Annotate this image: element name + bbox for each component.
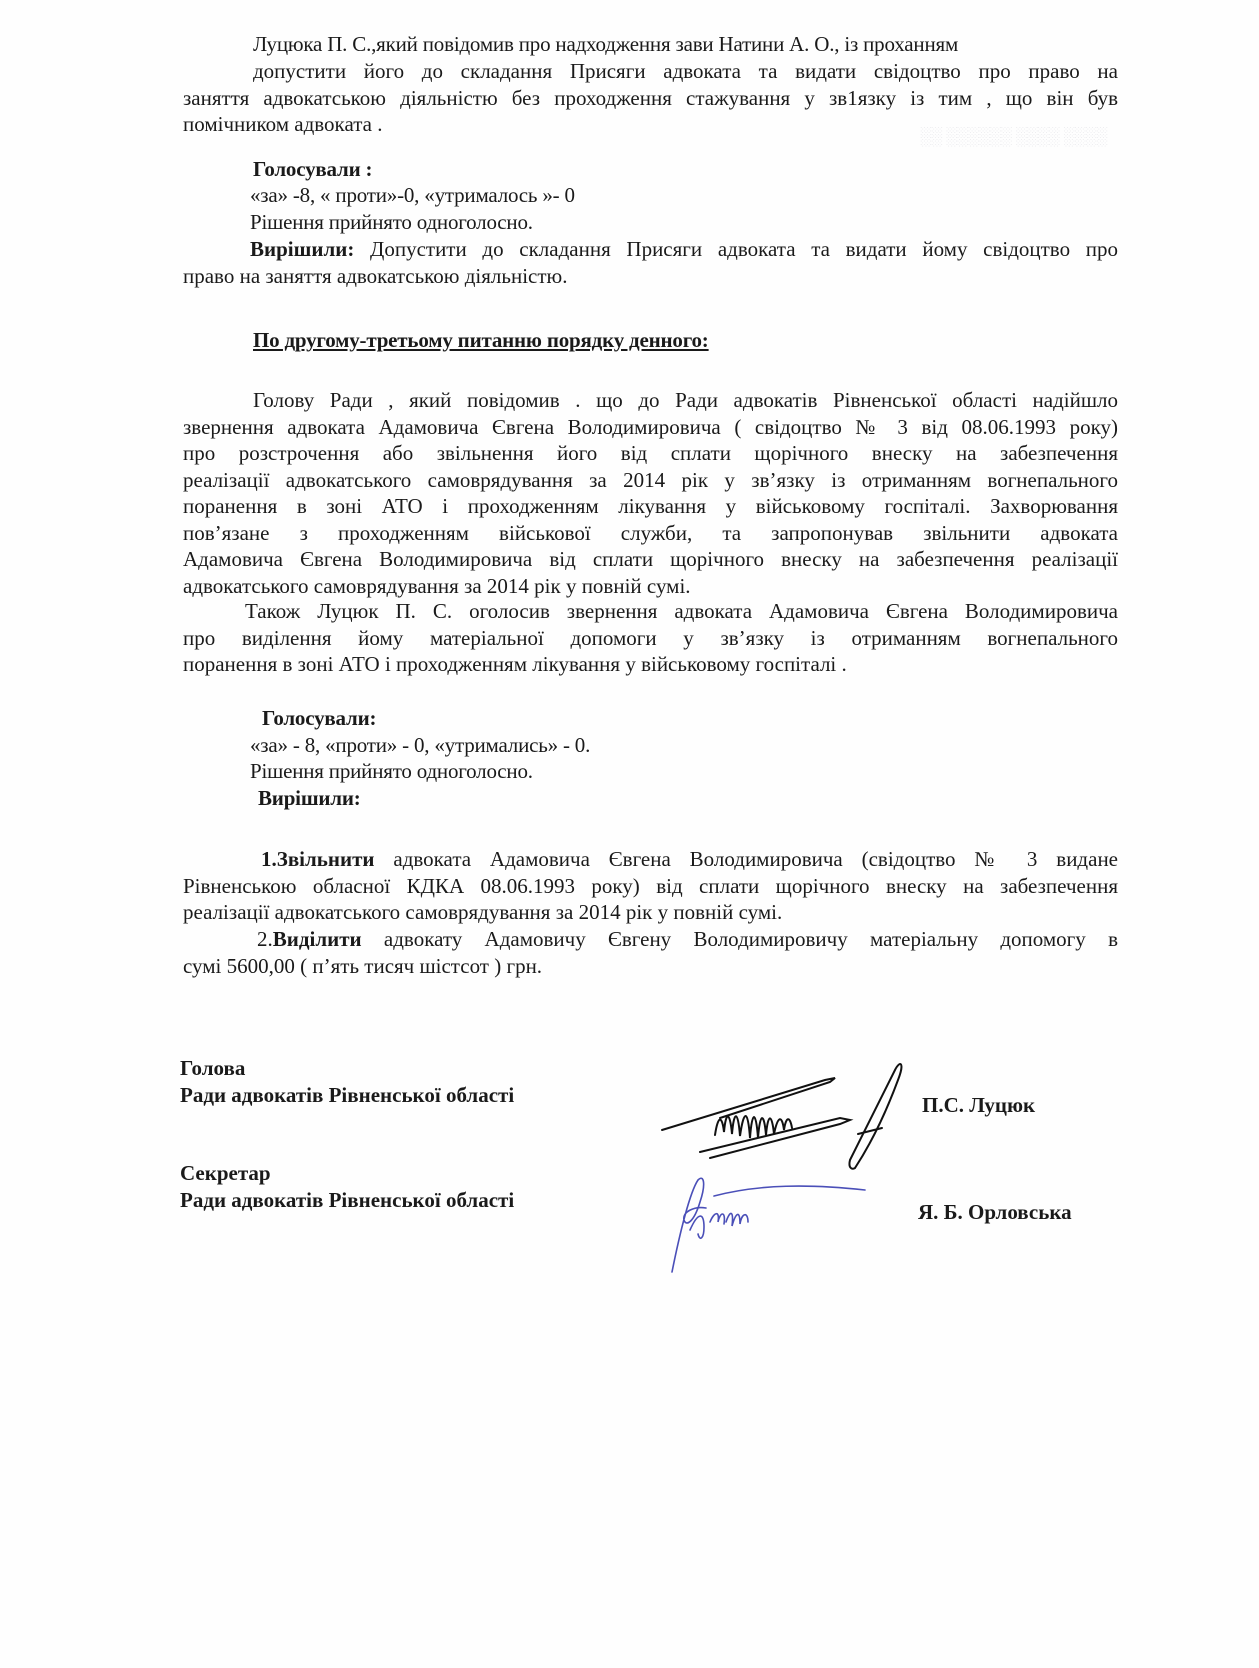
decision-1-line: реалізації адвокатського самоврядування … — [183, 899, 1118, 926]
signature-1-name: П.С. Луцюк — [922, 1093, 1035, 1118]
section2-p1-line: Адамовича Євгена Володимировича від спла… — [183, 546, 1118, 573]
section2-paragraph-1: Голову Ради , який повідомив . що до Рад… — [183, 387, 1118, 599]
decision-1-line: Рівненською обласної КДКА 08.06.1993 рок… — [183, 873, 1118, 900]
opening-line-2: допустити його до складання Присяги адво… — [183, 58, 1118, 85]
vote2-decided-label: Вирішили: — [258, 785, 361, 812]
decision-item-2: 2.Виділити адвокату Адамовичу Євгену Вол… — [183, 926, 1118, 979]
vote2-counts: «за» - 8, «проти» - 0, «утримались» - 0. — [250, 732, 590, 759]
vote1-decided-label: Вирішили: — [250, 237, 354, 261]
handwritten-signature-icon — [660, 1060, 930, 1170]
section2-paragraph-2: Також Луцюк П. С. оголосив звернення адв… — [183, 598, 1118, 678]
signature-1-role-line-1: Голова — [180, 1055, 245, 1081]
opening-line-4: помічником адвоката . — [183, 111, 1118, 138]
section2-p1-line: адвокатського самоврядування за 2014 рік… — [183, 573, 1118, 600]
section2-p2-line: Також Луцюк П. С. оголосив звернення адв… — [183, 598, 1118, 625]
document-page: ░░ ░░░░░░ ░░░░ ░░░░ Луцюка П. С.,який по… — [0, 0, 1259, 1668]
section2-p1-line: Голову Ради , який повідомив . що до Рад… — [183, 387, 1118, 414]
section2-p1-line: пов’язане з проходженням військової служ… — [183, 520, 1118, 547]
vote2-heading: Голосували: — [262, 705, 376, 732]
section2-p1-line: поранення в зоні АТО і проходженням ліку… — [183, 493, 1118, 520]
decision-item-1: 1.Звільнити адвоката Адамовича Євгена Во… — [183, 846, 1118, 926]
vote1-decision-line-1: Вирішили: Допустити до складання Присяги… — [183, 236, 1118, 263]
section2-p1-line: про розстрочення або звільнення його від… — [183, 440, 1118, 467]
section2-p2-line: про виділення йому матеріальної допомоги… — [183, 625, 1118, 652]
signature-2-role-line-1: Секретар — [180, 1160, 271, 1186]
vote1-heading: Голосували : — [253, 156, 372, 183]
section2-p2-line: поранення в зоні АТО і проходженням ліку… — [183, 651, 1118, 678]
decision-2-label: Виділити — [273, 927, 362, 951]
section2-heading: По другому-третьому питанню порядку денн… — [253, 327, 709, 354]
opening-line-1: Луцюка П. С.,який повідомив про надходже… — [253, 31, 958, 58]
vote1-counts: «за» -8, « проти»-0, «утрималось »- 0 — [250, 182, 575, 209]
decision-2-line: сумі 5600,00 ( п’ять тисяч шістсот ) грн… — [183, 953, 1118, 980]
handwritten-signature-icon — [660, 1172, 870, 1282]
decision-2-number: 2. — [257, 927, 273, 951]
decision-1-line: 1.Звільнити адвоката Адамовича Євгена Во… — [183, 846, 1118, 873]
opening-line-3: заняття адвокатською діяльністю без прох… — [183, 85, 1118, 112]
opening-paragraph: допустити його до складання Присяги адво… — [183, 58, 1118, 138]
section2-p1-line: звернення адвоката Адамовича Євгена Воло… — [183, 414, 1118, 441]
decision-2-line: 2.Виділити адвокату Адамовичу Євгену Вол… — [183, 926, 1118, 953]
signature-2-name: Я. Б. Орловська — [918, 1200, 1072, 1225]
vote2-result: Рішення прийнято одноголосно. — [250, 758, 533, 785]
vote1-result: Рішення прийнято одноголосно. — [250, 209, 533, 236]
vote1-decision: Вирішили: Допустити до складання Присяги… — [183, 236, 1118, 289]
signature-2-role-line-2: Ради адвокатів Рівненської області — [180, 1187, 514, 1213]
decision-1-label: 1.Звільнити — [261, 847, 375, 871]
vote1-decision-line-2: право на заняття адвокатською діяльністю… — [183, 263, 1118, 290]
signature-1-role-line-2: Ради адвокатів Рівненської області — [180, 1082, 514, 1108]
section2-p1-line: реалізації адвокатського самоврядування … — [183, 467, 1118, 494]
